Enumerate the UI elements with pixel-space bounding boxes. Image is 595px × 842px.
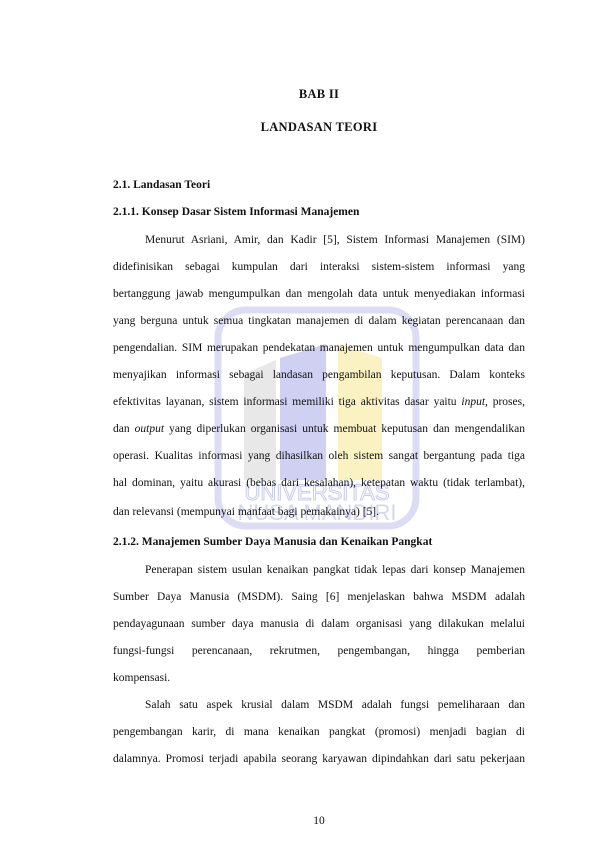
page-number: 10 [113, 815, 525, 827]
paragraph-line: dan output yang diperlukan organisasi un… [113, 422, 525, 436]
paragraph-line: dan relevansi (mempunyai manfaat bagi pe… [113, 505, 525, 519]
paragraph-line: pengembangan karir, di mana kenaikan pan… [113, 725, 525, 739]
document-page: UNIVERSITAS NUSA MANDIRI BAB II LANDASAN… [0, 0, 595, 842]
paragraph-line: yang berguna untuk semua tingkatan manaj… [113, 314, 525, 328]
paragraph-line: kompensasi. [113, 671, 525, 685]
paragraph-line: Sumber Daya Manusia (MSDM). Saing [6] me… [113, 590, 525, 604]
paragraph-line: operasi. Kualitas informasi yang dihasil… [113, 449, 525, 463]
paragraph-line: efektivitas layanan, sistem informasi me… [113, 395, 525, 409]
paragraph-line: dalamnya. Promosi terjadi apabila seoran… [113, 752, 525, 766]
paragraph-line: didefinisikan sebagai kumpulan dari inte… [113, 260, 525, 274]
paragraph-line: fungsi-fungsi perencanaan, rekrutmen, pe… [113, 644, 525, 658]
paragraph-line: bertanggung jawab mengumpulkan dan mengo… [113, 287, 525, 301]
paragraph-line: pengendalian. SIM merupakan pendekatan m… [113, 341, 525, 355]
paragraph-line: hal dominan, yaitu akurasi (bebas dari k… [113, 476, 525, 490]
subsection-heading: 2.1.2. Manajemen Sumber Daya Manusia dan… [113, 536, 432, 548]
paragraph-line: pendayagunaan sumber daya manusia di dal… [113, 617, 525, 631]
paragraph-line: Menurut Asriani, Amir, dan Kadir [5], Si… [145, 233, 525, 247]
subsection-heading: 2.1.1. Konsep Dasar Sistem Informasi Man… [113, 206, 359, 218]
chapter-label: BAB II [113, 87, 525, 102]
paragraph-line: Salah satu aspek krusial dalam MSDM adal… [145, 698, 525, 712]
university-logo-watermark: UNIVERSITAS NUSA MANDIRI [214, 306, 420, 530]
chapter-title: LANDASAN TEORI [113, 120, 525, 135]
paragraph-line: menyajikan informasi sebagai landasan pe… [113, 368, 525, 382]
paragraph-line: Penerapan sistem usulan kenaikan pangkat… [145, 563, 525, 577]
section-heading: 2.1. Landasan Teori [113, 179, 210, 191]
